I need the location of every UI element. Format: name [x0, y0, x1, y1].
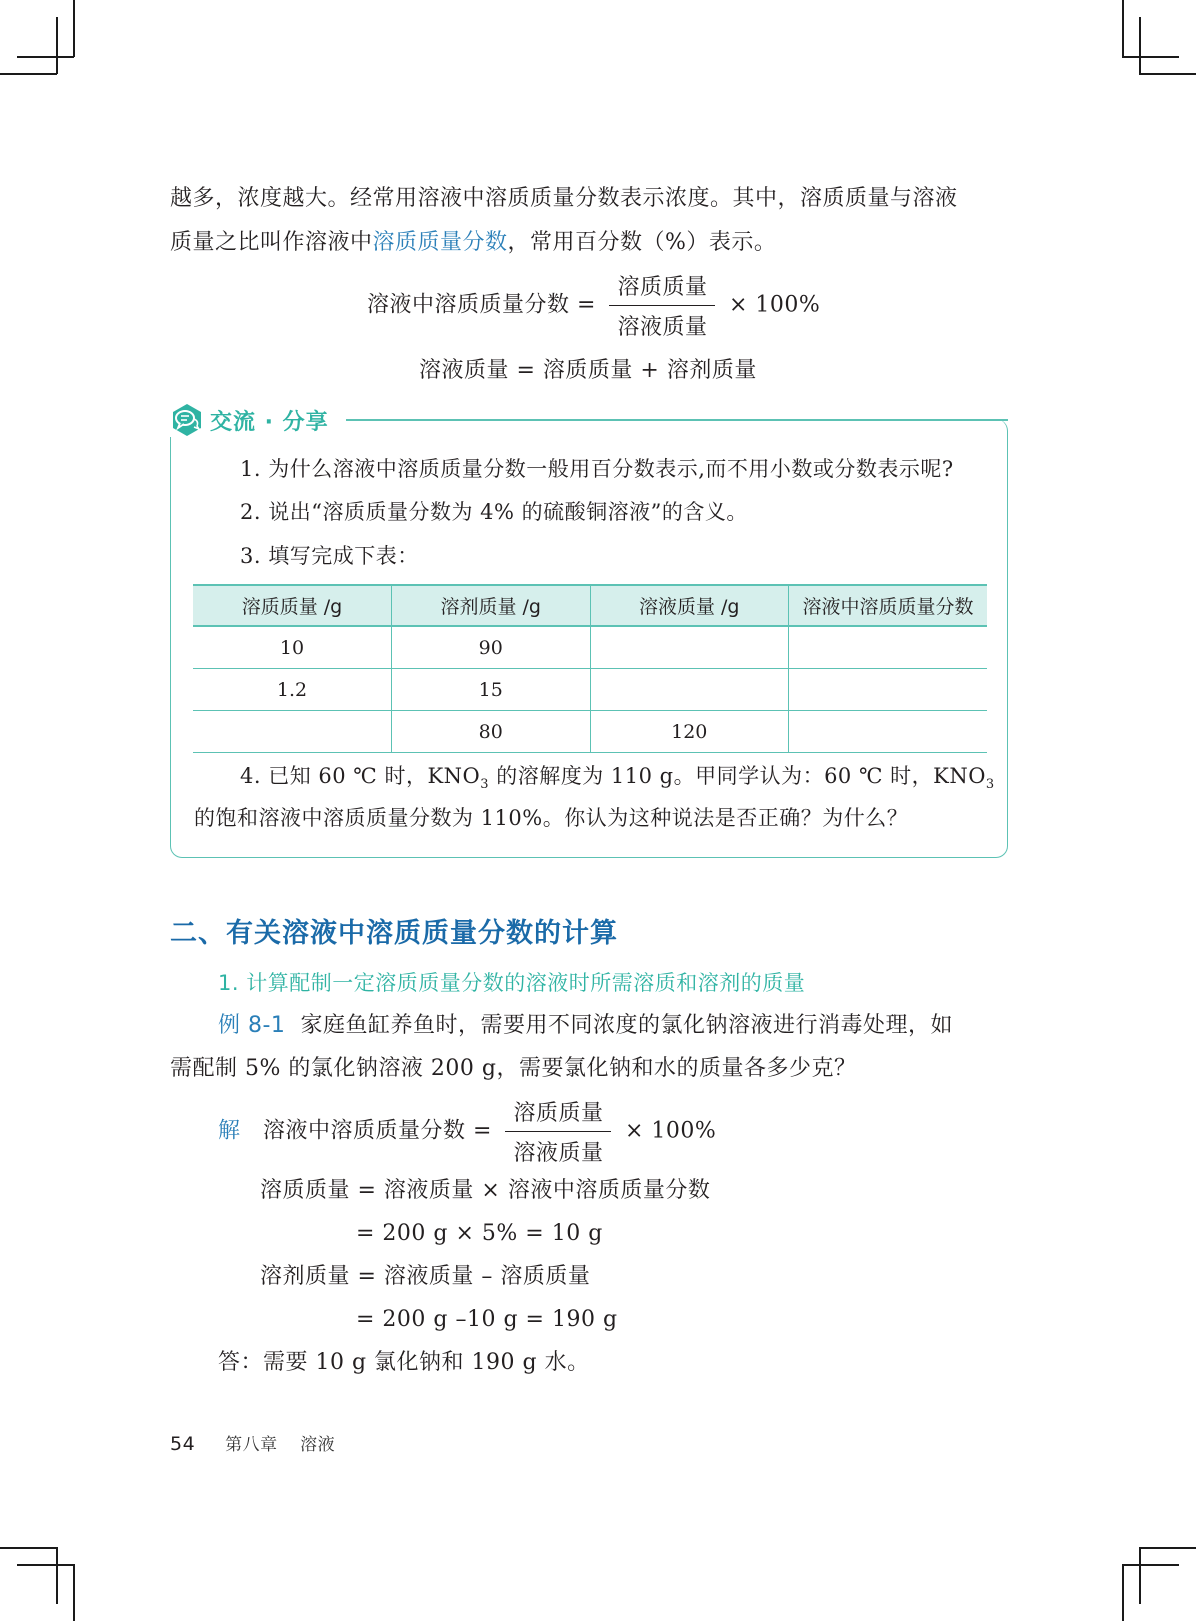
- section-heading: 二、有关溶液中溶质质量分数的计算: [170, 916, 618, 952]
- col-header-solute-mass: 溶质质量 /g: [193, 585, 392, 626]
- col-header-solvent-mass: 溶剂质量 /g: [392, 585, 591, 626]
- example-text: 家庭鱼缸养鱼时，需要用不同浓度的氯化钠溶液进行消毒处理，如: [300, 1013, 953, 1038]
- col-header-mass-fraction: 溶液中溶质质量分数: [789, 585, 988, 626]
- table-row: 10 90: [193, 626, 987, 669]
- solution-label: 解: [218, 1119, 241, 1144]
- table-cell: [789, 669, 988, 711]
- denominator: 溶液质量: [505, 1132, 611, 1167]
- answer-line: 答：需要 10 g 氯化钠和 190 g 水。: [218, 1348, 590, 1378]
- intro-text: 质量之比叫作溶液中: [170, 230, 373, 255]
- question-2: 2. 说出“溶质质量分数为 4% 的硫酸铜溶液”的含义。: [240, 497, 748, 527]
- table-cell: [590, 669, 789, 711]
- formula-rhs: × 100%: [625, 1119, 716, 1144]
- key-term: 溶质质量分数: [373, 230, 508, 255]
- example-line-2: 需配制 5% 的氯化钠溶液 200 g，需要氯化钠和水的质量各多少克？: [170, 1054, 856, 1084]
- formula-lhs: 溶液中溶质质量分数 =: [367, 293, 596, 318]
- table-cell: [193, 711, 392, 753]
- share-box-header: 交流 · 分享: [170, 403, 339, 437]
- page-number: 54: [170, 1433, 195, 1455]
- question-1: 1. 为什么溶液中溶质质量分数一般用百分数表示,而不用小数或分数表示呢?: [240, 454, 954, 484]
- numerator: 溶质质量: [505, 1096, 611, 1132]
- fraction: 溶质质量 溶液质量: [505, 1096, 611, 1167]
- q4-text-a: 4. 已知 60 ℃ 时，KNO: [240, 764, 480, 788]
- col-header-solution-mass: 溶液质量 /g: [590, 585, 789, 626]
- table-cell: 15: [392, 669, 591, 711]
- q4-text-b: 的溶解度为 110 g。甲同学认为：60 ℃ 时，KNO: [489, 764, 986, 788]
- table-cell: [789, 711, 988, 753]
- table-cell: 80: [392, 711, 591, 753]
- solution-formula: 解 溶液中溶质质量分数 = 溶质质量 溶液质量 × 100%: [218, 1096, 716, 1167]
- section-subheading: 1. 计算配制一定溶质质量分数的溶液时所需溶质和溶剂的质量: [218, 968, 805, 998]
- table-cell: [590, 626, 789, 669]
- share-box-title: 交流 · 分享: [210, 405, 329, 436]
- formula-rhs: × 100%: [729, 293, 820, 318]
- chapter-title: 溶液: [300, 1435, 335, 1455]
- intro-line-2: 质量之比叫作溶液中溶质质量分数，常用百分数（%）表示。: [170, 228, 776, 258]
- table-cell: [789, 626, 988, 669]
- share-box-top-border: [346, 419, 1008, 421]
- table-row: 1.2 15: [193, 669, 987, 711]
- subscript: 3: [480, 777, 489, 792]
- solution-line-2: 溶质质量 = 溶液质量 × 溶液中溶质质量分数: [260, 1176, 710, 1206]
- solution-line-3: = 200 g × 5% = 10 g: [356, 1219, 603, 1249]
- page-footer: 54 第八章 溶液: [170, 1429, 335, 1460]
- fraction: 溶质质量 溶液质量: [609, 270, 715, 341]
- formula-lhs: 溶液中溶质质量分数 =: [263, 1119, 492, 1144]
- fill-in-table: 溶质质量 /g 溶剂质量 /g 溶液质量 /g 溶液中溶质质量分数 10 90 …: [193, 584, 987, 753]
- table-cell: 90: [392, 626, 591, 669]
- chapter-number: 第八章: [225, 1435, 278, 1455]
- formula-solution-mass: 溶液质量 = 溶质质量 + 溶剂质量: [419, 356, 757, 386]
- example-label: 例 8-1: [218, 1013, 285, 1038]
- question-4-line-1: 4. 已知 60 ℃ 时，KNO3 的溶解度为 110 g。甲同学认为：60 ℃…: [240, 761, 995, 800]
- denominator: 溶液质量: [609, 306, 715, 341]
- table-header-row: 溶质质量 /g 溶剂质量 /g 溶液质量 /g 溶液中溶质质量分数: [193, 585, 987, 626]
- speech-bubble-icon: [170, 403, 204, 437]
- solution-line-4: 溶剂质量 = 溶液质量 – 溶质质量: [260, 1262, 590, 1292]
- example-line-1: 例 8-1 家庭鱼缸养鱼时，需要用不同浓度的氯化钠溶液进行消毒处理，如: [218, 1011, 953, 1041]
- table-cell: 10: [193, 626, 392, 669]
- intro-text-end: ，常用百分数（%）表示。: [508, 230, 777, 255]
- table-cell: 120: [590, 711, 789, 753]
- table-row: 80 120: [193, 711, 987, 753]
- intro-line-1: 越多，浓度越大。经常用溶液中溶质质量分数表示浓度。其中，溶质质量与溶液: [170, 184, 958, 214]
- numerator: 溶质质量: [609, 270, 715, 306]
- question-4-line-2: 的饱和溶液中溶质质量分数为 110%。你认为这种说法是否正确？为什么？: [194, 803, 908, 833]
- formula-mass-fraction: 溶液中溶质质量分数 = 溶质质量 溶液质量 × 100%: [367, 270, 820, 341]
- table-cell: 1.2: [193, 669, 392, 711]
- subscript: 3: [986, 777, 995, 792]
- question-3: 3. 填写完成下表：: [240, 541, 419, 571]
- solution-line-5: = 200 g –10 g = 190 g: [356, 1305, 618, 1335]
